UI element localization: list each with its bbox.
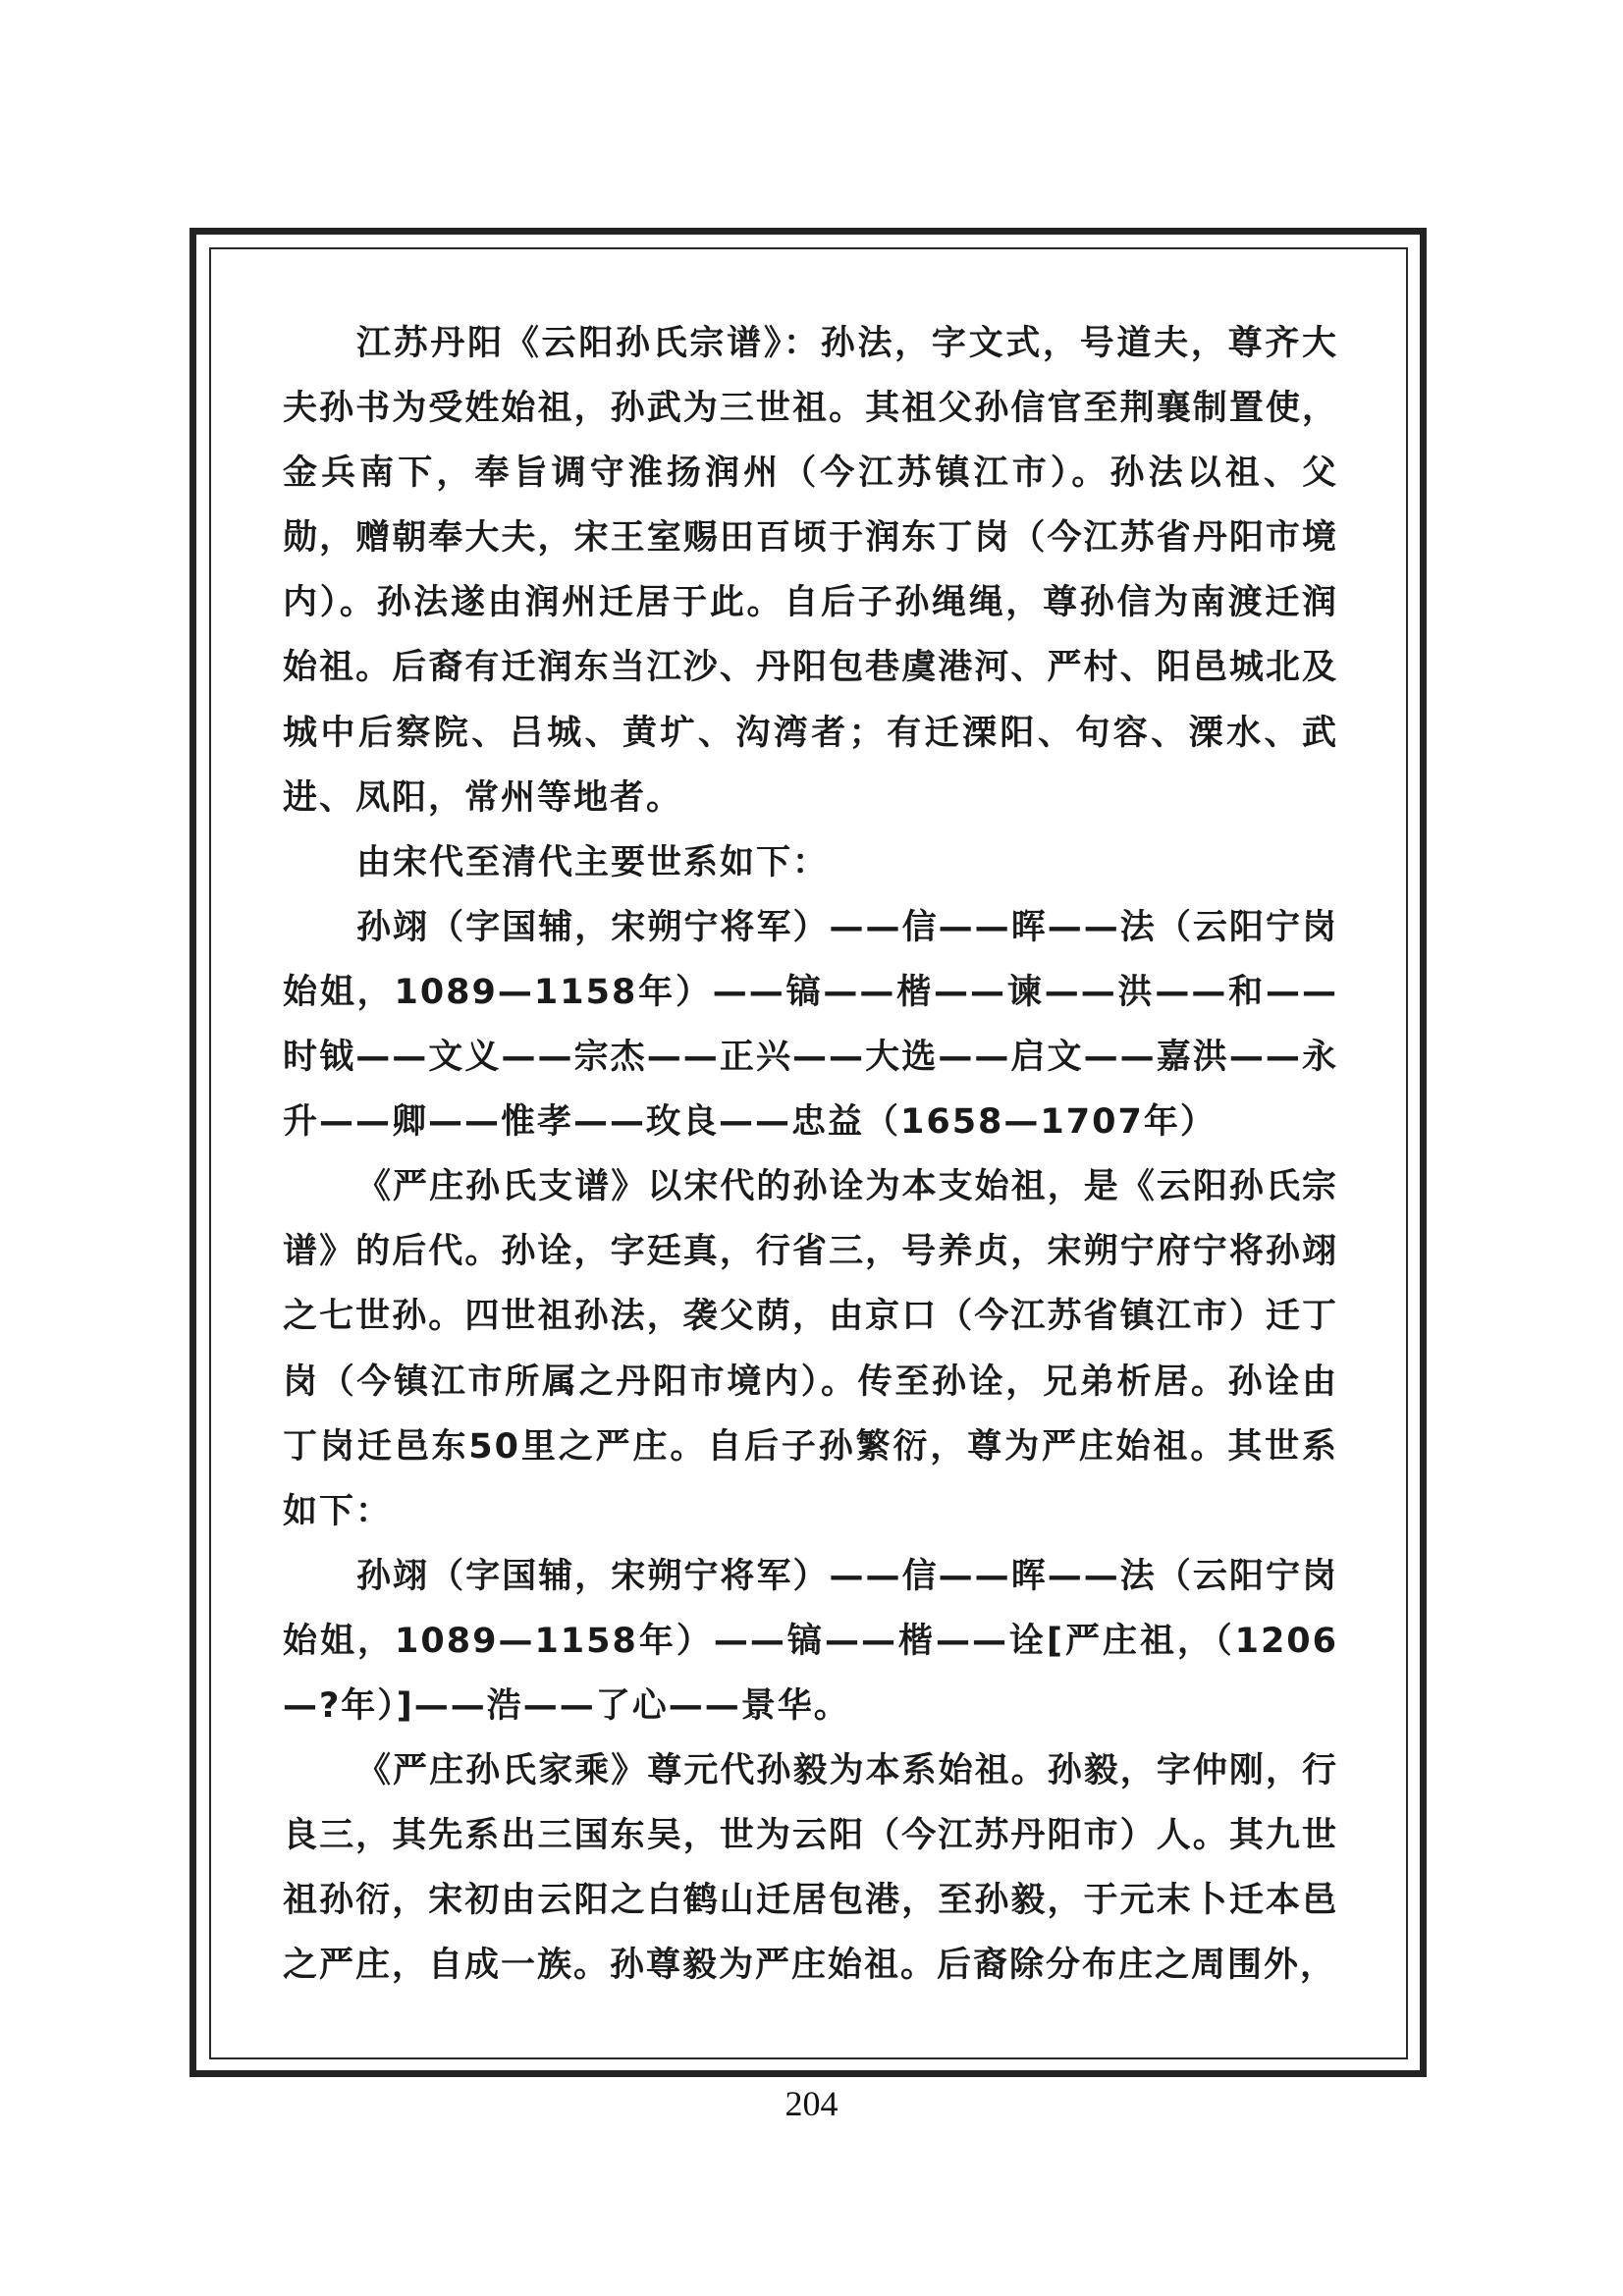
paragraph-yunyang-genealogy: 江苏丹阳《云阳孙氏宗谱》：孙法，字文式，号道夫，尊齐大夫孙书为受姓始祖，孙武为三… — [283, 311, 1338, 830]
paragraph-lineage-chain-1: 孙翊（字国辅，宋朔宁将军）——信——晖——法（云阳宁岗始姐，1089—1158年… — [283, 895, 1338, 1154]
body-text: 江苏丹阳《云阳孙氏宗谱》：孙法，字文式，号道夫，尊齐大夫孙书为受姓始祖，孙武为三… — [283, 311, 1338, 1998]
paragraph-yanzhuang-family-record: 《严庄孙氏家乘》尊元代孙毅为本系始祖。孙毅，字仲刚，行良三，其先系出三国东吴，世… — [283, 1738, 1338, 1998]
paragraph-yanzhuang-branch: 《严庄孙氏支谱》以宋代的孙诠为本支始祖，是《云阳孙氏宗谱》的后代。孙诠，字廷真，… — [283, 1154, 1338, 1544]
page-number: 204 — [0, 2083, 1623, 2124]
paragraph-lineage-chain-2: 孙翊（字国辅，宋朔宁将军）——信——晖——法（云阳宁岗始姐，1089—1158年… — [283, 1544, 1338, 1738]
paragraph-lineage-intro: 由宋代至清代主要世系如下： — [283, 830, 1338, 895]
